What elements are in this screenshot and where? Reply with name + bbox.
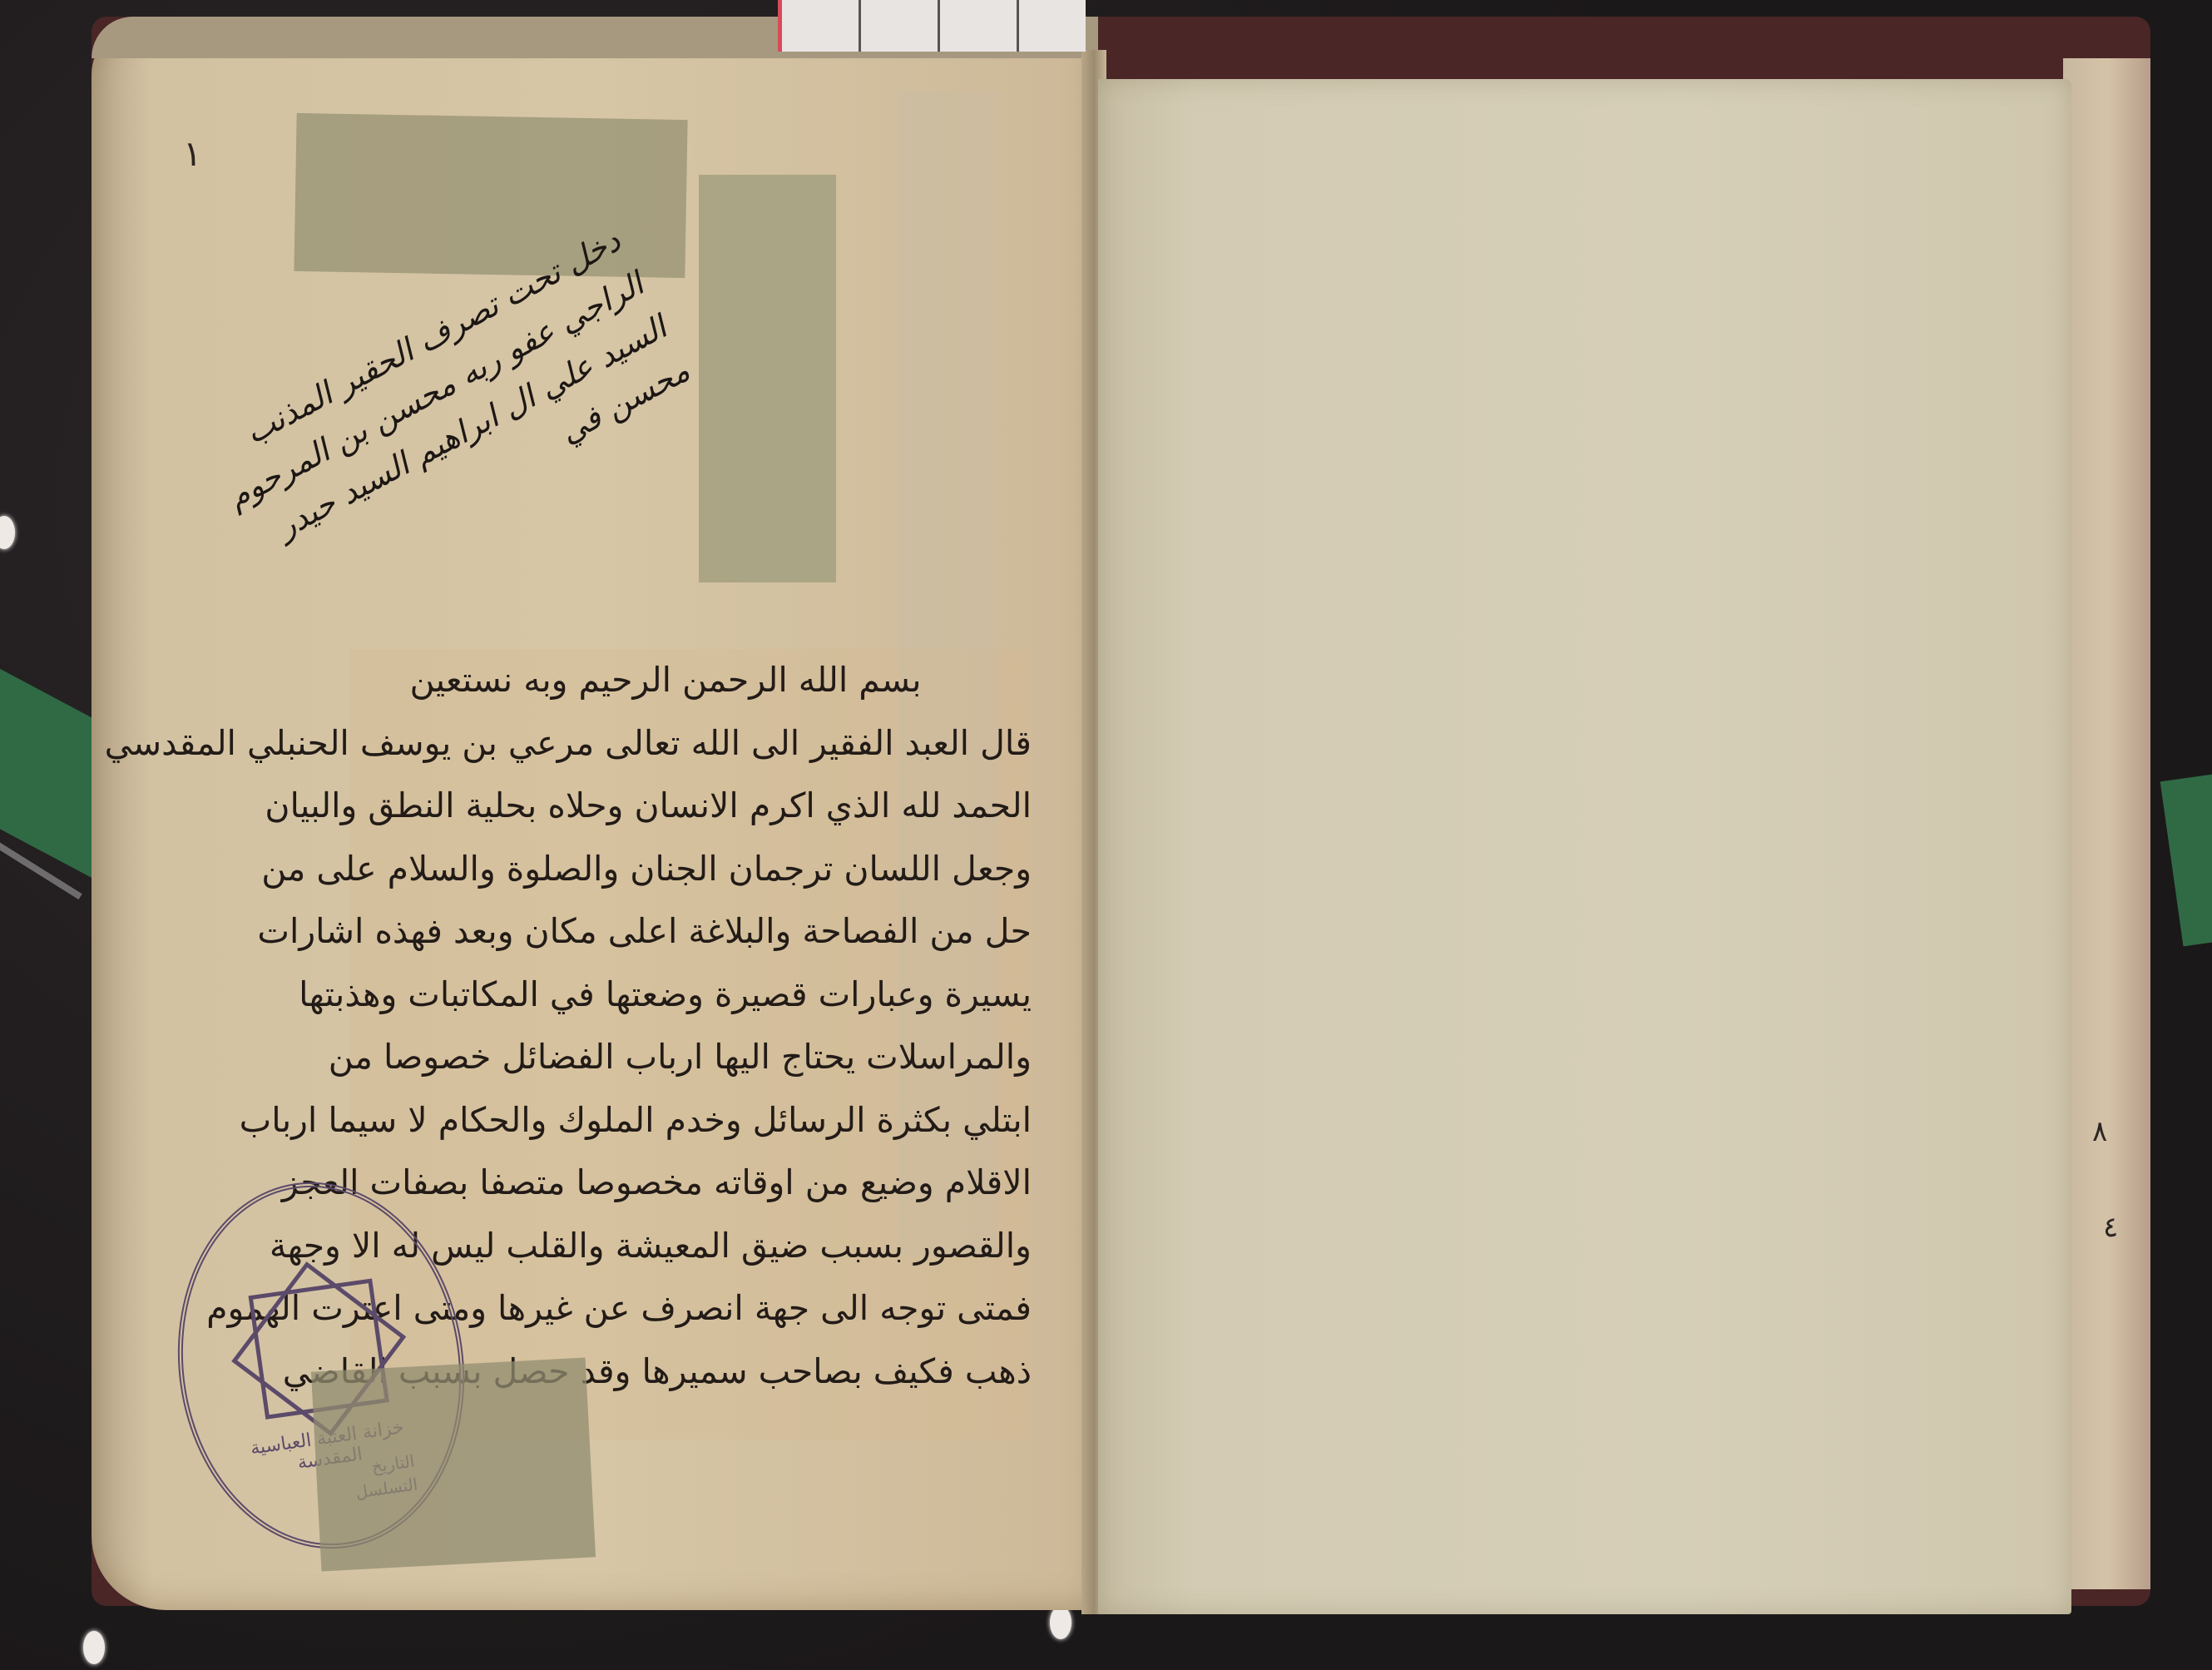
- text-line: الحمد لله الذي اكرم الانسان وحلاه بحلية …: [366, 775, 1032, 838]
- repair-tape: [294, 113, 687, 278]
- ruled-paper-tab: [778, 0, 1086, 52]
- edge-mark: ٤: [2103, 1211, 2118, 1244]
- pin-marker: [1050, 1606, 1071, 1639]
- text-line: فمتى توجه الى جهة انصرف عن غيرها ومتى اع…: [366, 1277, 1032, 1340]
- text-line: حل من الفصاحة والبلاغة اعلى مكان وبعد فه…: [366, 900, 1032, 964]
- text-line: الاقلام وضيع من اوقاته مخصوصا متصفا بصفا…: [366, 1152, 1032, 1215]
- text-line: وجعل اللسان ترجمان الجنان والصلوة والسلا…: [366, 838, 1032, 901]
- text-line: والمراسلات يحتاج اليها ارباب الفضائل خصو…: [366, 1026, 1032, 1089]
- text-line: يسيرة وعبارات قصيرة وضعتها في المكاتبات …: [366, 964, 1032, 1027]
- text-line: والقصور بسبب ضيق المعيشة والقلب ليس له ا…: [366, 1215, 1032, 1278]
- text-line: ابتلي بكثرة الرسائل وخدم الملوك والحكام …: [366, 1089, 1032, 1152]
- manuscript-text: بسم الله الرحمن الرحيم وبه نستعين قال ال…: [366, 649, 1032, 1403]
- repair-tape: [699, 175, 836, 582]
- repair-tape: [311, 1358, 596, 1572]
- folio-number: ١: [183, 133, 202, 174]
- pin-marker: [83, 1631, 105, 1664]
- right-page-blank: [1098, 79, 2071, 1614]
- page-edges-right: [2063, 58, 2150, 1589]
- basmala: بسم الله الرحمن الرحيم وبه نستعين: [366, 649, 1032, 712]
- edge-mark: ٨: [2092, 1115, 2107, 1148]
- text-line: قال العبد الفقير الى الله تعالى مرعي بن …: [366, 712, 1032, 776]
